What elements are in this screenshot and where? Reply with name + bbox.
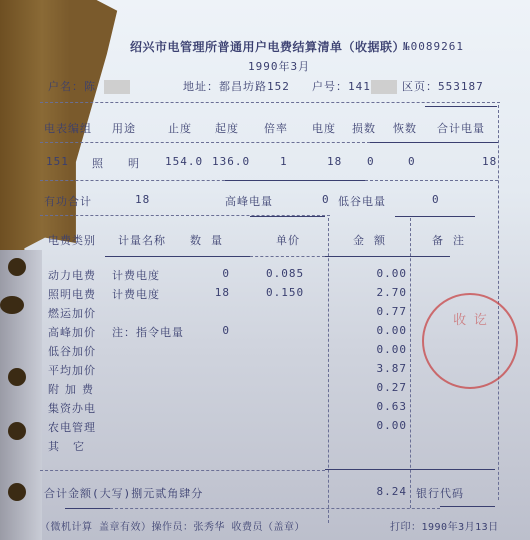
divider <box>40 102 500 103</box>
peak-label: 高峰电量 <box>225 193 273 209</box>
active-total-value: 18 <box>135 193 150 206</box>
peak-value: 0 <box>322 193 330 206</box>
total-amount-words: 合计金额(大写)捌元贰角肆分 <box>44 485 203 501</box>
divider <box>40 180 240 181</box>
valley-label: 低谷电量 <box>338 193 386 209</box>
print-date: 打印：1990年3月13日 <box>390 518 499 533</box>
address-field: 地址：都昌坊路152 <box>183 78 290 94</box>
billing-period: 1990年3月 <box>248 58 310 74</box>
divider <box>40 142 370 143</box>
divider <box>250 256 325 257</box>
binding-hole <box>8 258 26 276</box>
customer-name: 陈 <box>84 80 96 93</box>
payment-stamp: 收 讫 <box>422 293 518 389</box>
total-amount: 8.24 <box>350 485 407 498</box>
binding-hole <box>8 368 26 386</box>
divider <box>395 216 475 217</box>
divider <box>440 506 495 507</box>
divider <box>410 218 411 508</box>
footer-note: （微机计算 盖章有效）操作员：张秀华 收费员（盖章） <box>40 518 305 533</box>
serial-number: №0089261 <box>403 40 464 53</box>
divider <box>370 142 498 143</box>
customer-field: 户名：陈 <box>48 78 130 94</box>
active-total-label: 有功合计 <box>44 193 92 209</box>
divider <box>365 180 498 181</box>
bank-code-label: 银行代码 <box>416 485 464 501</box>
receipt-title: 绍兴市电管理所普通用户电费结算清单（收据联） <box>130 38 405 55</box>
account-field: 户号：141 <box>312 78 397 94</box>
divider <box>65 508 110 509</box>
valley-value: 0 <box>432 193 440 206</box>
divider <box>40 470 325 471</box>
divider <box>110 508 440 509</box>
divider <box>250 216 325 217</box>
divider <box>225 180 365 181</box>
divider <box>325 256 450 257</box>
redaction <box>371 80 397 94</box>
binding-hole <box>8 483 26 501</box>
redaction <box>104 80 130 94</box>
zone-field: 区页：553187 <box>402 78 484 94</box>
binding-hole <box>8 422 26 440</box>
binding-hole <box>0 296 24 314</box>
divider <box>105 256 250 257</box>
divider <box>425 106 497 107</box>
divider <box>325 469 495 470</box>
divider <box>328 218 329 523</box>
